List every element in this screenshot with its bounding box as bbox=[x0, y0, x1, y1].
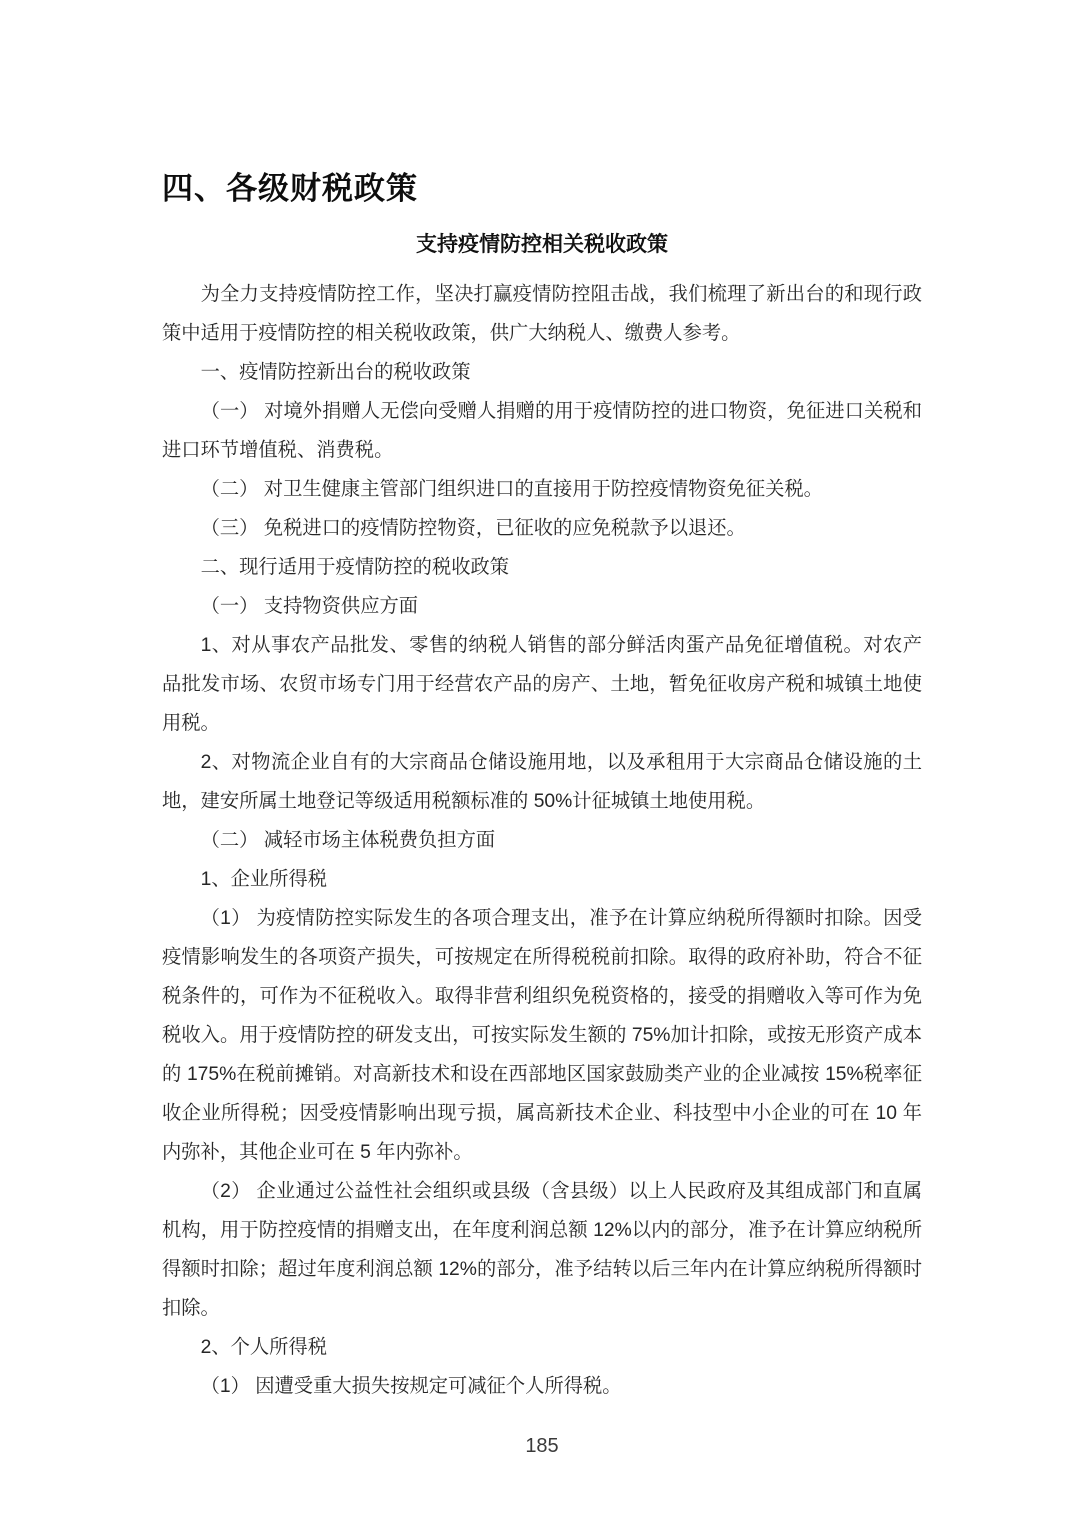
body-text: 为全力支持疫情防控工作，坚决打赢疫情防控阻击战，我们梳理了新出台的和现行政策中适… bbox=[162, 275, 922, 1406]
paragraph-item-1-3: （三） 免税进口的疫情防控物资，已征收的应免税款予以退还。 bbox=[162, 509, 922, 548]
document-page: 四、各级财税政策 支持疫情防控相关税收政策 为全力支持疫情防控工作，坚决打赢疫情… bbox=[0, 0, 1080, 1527]
section-heading: 四、各级财税政策 bbox=[162, 170, 922, 208]
paragraph-item-2-2-2-1: （1） 因遭受重大损失按规定可减征个人所得税。 bbox=[162, 1367, 922, 1406]
paragraph-item-2-2-1-2: （2） 企业通过公益性社会组织或县级（含县级）以上人民政府及其组成部门和直属机构… bbox=[162, 1172, 922, 1328]
paragraph-section-1: 一、疫情防控新出台的税收政策 bbox=[162, 353, 922, 392]
paragraph-item-1-2: （二） 对卫生健康主管部门组织进口的直接用于防控疫情物资免征关税。 bbox=[162, 470, 922, 509]
paragraph-item-2-2-1: 1、企业所得税 bbox=[162, 860, 922, 899]
paragraph-subsection-2-2: （二） 减轻市场主体税费负担方面 bbox=[162, 821, 922, 860]
paragraph-item-1-1: （一） 对境外捐赠人无偿向受赠人捐赠的用于疫情防控的进口物资，免征进口关税和进口… bbox=[162, 392, 922, 470]
paragraph-section-2: 二、现行适用于疫情防控的税收政策 bbox=[162, 548, 922, 587]
paragraph-item-2-2-2: 2、个人所得税 bbox=[162, 1328, 922, 1367]
paragraph-item-2-2-1-1: （1） 为疫情防控实际发生的各项合理支出，准予在计算应纳税所得额时扣除。因受疫情… bbox=[162, 899, 922, 1172]
document-content: 四、各级财税政策 支持疫情防控相关税收政策 为全力支持疫情防控工作，坚决打赢疫情… bbox=[162, 0, 922, 1458]
paragraph-item-2-1-1: 1、对从事农产品批发、零售的纳税人销售的部分鲜活肉蛋产品免征增值税。对农产品批发… bbox=[162, 626, 922, 743]
page-number: 185 bbox=[162, 1434, 922, 1458]
paragraph-intro: 为全力支持疫情防控工作，坚决打赢疫情防控阻击战，我们梳理了新出台的和现行政策中适… bbox=[162, 275, 922, 353]
paragraph-subsection-2-1: （一） 支持物资供应方面 bbox=[162, 587, 922, 626]
paragraph-item-2-1-2: 2、对物流企业自有的大宗商品仓储设施用地，以及承租用于大宗商品仓储设施的土地，建… bbox=[162, 743, 922, 821]
document-title: 支持疫情防控相关税收政策 bbox=[162, 232, 922, 258]
